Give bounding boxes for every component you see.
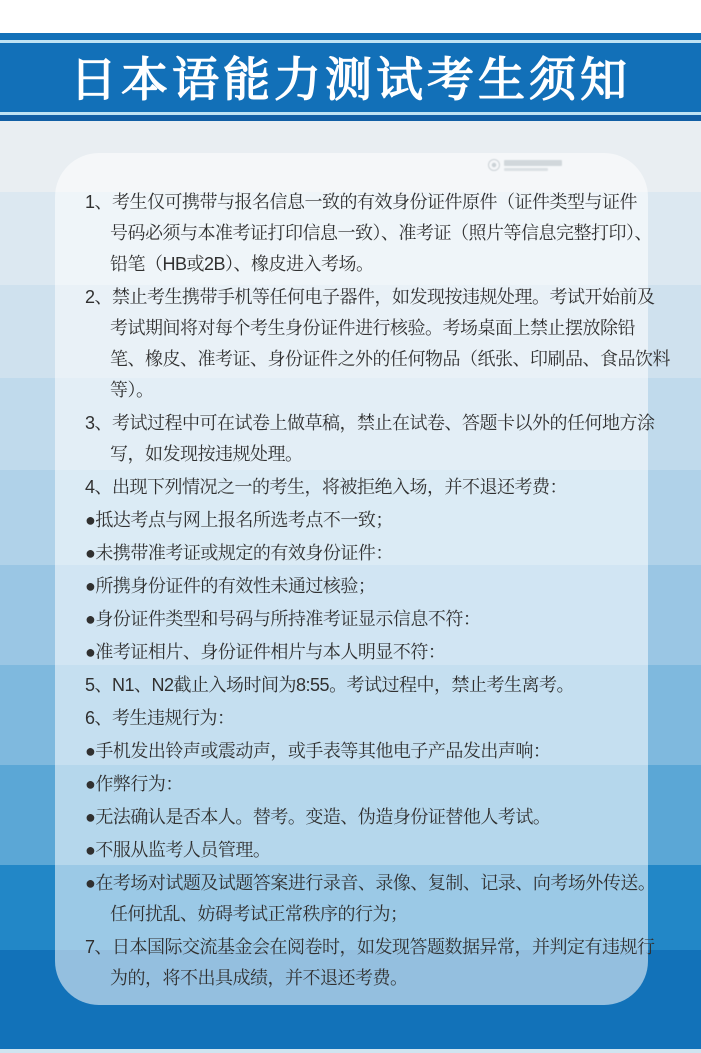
notice-text-line: ●无法确认是否本人。替考。变造、伪造身份证替他人考试。 (85, 802, 641, 833)
notice-list: 1、考生仅可携带与报名信息一致的有效身份证件原件（证件类型与证件号码必须与本准考… (85, 187, 641, 996)
notice-text-line: ●准考证相片、身份证件相片与本人明显不符： (85, 637, 641, 668)
numbered-item: 7、日本国际交流基金会在阅卷时，如发现答题数据异常，并判定有违规行为的，将不出具… (85, 932, 641, 994)
notice-text-line: 1、考生仅可携带与报名信息一致的有效身份证件原件（证件类型与证件 (85, 187, 641, 218)
notice-text-line: 等）。 (85, 375, 641, 406)
notice-text-line: 3、考试过程中可在试卷上做草稿，禁止在试卷、答题卡以外的任何地方涂 (85, 408, 641, 439)
notice-text-line: ●手机发出铃声或震动声，或手表等其他电子产品发出声响： (85, 736, 641, 767)
bullet-item: ●在考场对试题及试题答案进行录音、录像、复制、记录、向考场外传送。任何扰乱、妨碍… (85, 868, 641, 930)
notice-text-line: ●作弊行为： (85, 769, 641, 800)
top-white-strip (0, 0, 701, 33)
notice-text-line: 号码必须与本准考证打印信息一致）、准考证（照片等信息完整打印）、 (85, 218, 641, 249)
notice-text-line: 2、禁止考生携带手机等任何电子器件，如发现按违规处理。考试开始前及 (85, 282, 641, 313)
bullet-item: ●准考证相片、身份证件相片与本人明显不符： (85, 637, 641, 668)
watermark-logo (488, 157, 580, 173)
notice-text-line: 铅笔（HB或2B）、橡皮进入考场。 (85, 249, 641, 280)
notice-text-line: ●不服从监考人员管理。 (85, 835, 641, 866)
numbered-item: 3、考试过程中可在试卷上做草稿，禁止在试卷、答题卡以外的任何地方涂写，如发现按违… (85, 408, 641, 470)
notice-text-line: 4、出现下列情况之一的考生，将被拒绝入场，并不退还考费： (85, 472, 641, 503)
notice-text-line: ●在考场对试题及试题答案进行录音、录像、复制、记录、向考场外传送。 (85, 868, 641, 899)
bullet-item: ●作弊行为： (85, 769, 641, 800)
bullet-item: ●不服从监考人员管理。 (85, 835, 641, 866)
numbered-item: 1、考生仅可携带与报名信息一致的有效身份证件原件（证件类型与证件号码必须与本准考… (85, 187, 641, 280)
bullet-item: ●所携身份证件的有效性未通过核验； (85, 571, 641, 602)
bullet-item: ●抵达考点与网上报名所选考点不一致； (85, 505, 641, 536)
notice-text-line: ●身份证件类型和号码与所持准考证显示信息不符： (85, 604, 641, 635)
numbered-item: 4、出现下列情况之一的考生，将被拒绝入场，并不退还考费： (85, 472, 641, 503)
title-banner: 日本语能力测试考生须知 (0, 33, 701, 121)
notice-text-line: 6、考生违规行为： (85, 703, 641, 734)
bullet-item: ●未携带准考证或规定的有效身份证件： (85, 538, 641, 569)
bullet-item: ●手机发出铃声或震动声，或手表等其他电子产品发出声响： (85, 736, 641, 767)
numbered-item: 5、N1、N2截止入场时间为8:55。考试过程中，禁止考生离考。 (85, 670, 641, 701)
watermark-emblem-icon (488, 159, 500, 171)
notice-text-line: 笔、橡皮、准考证、身份证件之外的任何物品（纸张、印刷品、食品饮料 (85, 344, 641, 375)
notice-text-line: 5、N1、N2截止入场时间为8:55。考试过程中，禁止考生离考。 (85, 670, 641, 701)
bullet-item: ●身份证件类型和号码与所持准考证显示信息不符： (85, 604, 641, 635)
notice-text-line: 考试期间将对每个考生身份证件进行核验。考场桌面上禁止摆放除铅 (85, 313, 641, 344)
bottom-light-strip (0, 1049, 701, 1053)
notice-text-line: ●抵达考点与网上报名所选考点不一致； (85, 505, 641, 536)
watermark-text-mark (504, 160, 580, 171)
bullet-item: ●无法确认是否本人。替考。变造、伪造身份证替他人考试。 (85, 802, 641, 833)
notice-text-line: ●未携带准考证或规定的有效身份证件： (85, 538, 641, 569)
notice-card: 1、考生仅可携带与报名信息一致的有效身份证件原件（证件类型与证件号码必须与本准考… (55, 153, 648, 1005)
notice-text-line: 写，如发现按违规处理。 (85, 439, 641, 470)
numbered-item: 6、考生违规行为： (85, 703, 641, 734)
notice-text-line: 为的，将不出具成绩，并不退还考费。 (85, 963, 641, 994)
notice-text-line: 7、日本国际交流基金会在阅卷时，如发现答题数据异常，并判定有违规行 (85, 932, 641, 963)
notice-text-line: ●所携身份证件的有效性未通过核验； (85, 571, 641, 602)
page-title: 日本语能力测试考生须知 (70, 43, 631, 112)
numbered-item: 2、禁止考生携带手机等任何电子器件，如发现按违规处理。考试开始前及考试期间将对每… (85, 282, 641, 406)
notice-text-line: 任何扰乱、妨碍考试正常秩序的行为； (85, 899, 641, 930)
